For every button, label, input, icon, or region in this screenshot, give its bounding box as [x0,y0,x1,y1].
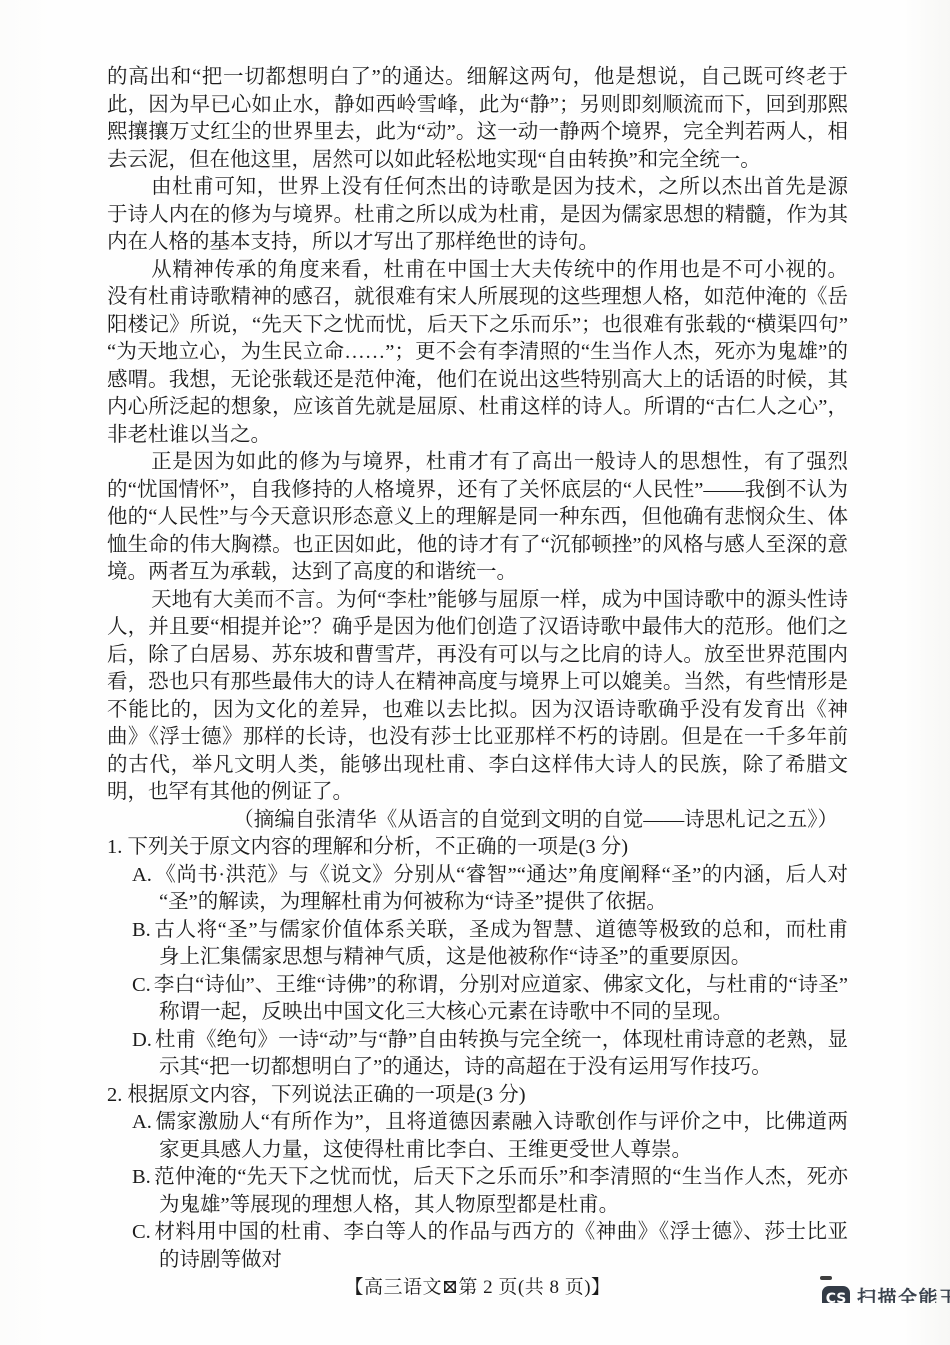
question-1-option-a: A.《尚书·洪范》与《说文》分别从“睿智”“通达”角度阐释“圣”的内涵，后人对“… [107,862,848,917]
passage-paragraph-1: 的高出和“把一切都想明白了”的通达。细解这两句，他是想说，自己既可终老于此，因为… [107,64,848,174]
question-1-stem: 1. 下列关于原文内容的理解和分析，不正确的一项是(3 分) [107,834,848,862]
passage-paragraph-3: 从精神传承的角度来看，杜甫在中国士大夫传统中的作用也是不可小视的。没有杜甫诗歌精… [107,257,848,450]
question-1-option-c: C.李白“诗仙”、王维“诗佛”的称谓，分别对应道家、佛家文化，与杜甫的“诗圣”称… [107,972,848,1027]
question-1-option-d: D.杜甫《绝句》一诗“动”与“静”自由转换与完全统一，体现杜甫诗意的老熟，显示其… [107,1027,848,1082]
question-2: 2. 根据原文内容，下列说法正确的一项是(3 分) A.儒家激励人“有所作为”，… [107,1082,848,1275]
passage-paragraph-5: 天地有大美而不言。为何“李杜”能够与屈原一样，成为中国诗歌中的源头性诗人，并且要… [107,587,848,807]
passage-paragraph-2: 由杜甫可知，世界上没有任何杰出的诗歌是因为技术，之所以杰出首先是源于诗人内在的修… [107,174,848,257]
option-label: B. [132,1166,151,1188]
question-2-option-c: C.材料用中国的杜甫、李白等人的作品与西方的《神曲》《浮士德》、莎士比亚的诗剧等… [107,1219,848,1274]
option-label: C. [132,1221,151,1243]
question-1: 1. 下列关于原文内容的理解和分析，不正确的一项是(3 分) A.《尚书·洪范》… [107,834,848,1082]
option-text: 范仲淹的“先天下之忧而忧，后天下之乐而乐”和李清照的“生当作人杰，死亦为鬼雄”等… [154,1166,848,1216]
option-text: 杜甫《绝句》一诗“动”与“静”自由转换与完全统一，体现杜甫诗意的老熟，显示其“把… [155,1029,848,1079]
scan-artifact-speck [820,1276,832,1280]
option-label: A. [132,1111,152,1133]
passage-attribution: （摘编自张清华《从语言的自觉到文明的自觉——诗思札记之五》） [107,807,848,835]
option-label: B. [132,919,151,941]
question-1-option-b: B.古人将“圣”与儒家价值体系关联，圣成为智慧、道德等极致的总和，而杜甫身上汇集… [107,917,848,972]
passage-paragraph-4: 正是因为如此的修为与境界，杜甫才有了高出一般诗人的思想性，有了强烈的“忧国情怀”… [107,449,848,587]
option-text: 《尚书·洪范》与《说文》分别从“睿智”“通达”角度阐释“圣”的内涵，后人对“圣”… [155,864,848,914]
camscanner-watermark: CS 扫描全能王 ™ [822,1286,950,1303]
option-label: A. [132,864,152,886]
option-text: 李白“诗仙”、王维“诗佛”的称谓，分别对应道家、佛家文化，与杜甫的“诗圣”称谓一… [154,974,848,1024]
camscanner-brand-text: 扫描全能王 [857,1286,950,1303]
exam-page: 的高出和“把一切都想明白了”的通达。细解这两句，他是想说，自己既可终老于此，因为… [0,0,950,1345]
question-2-option-a: A.儒家激励人“有所作为”，且将道德因素融入诗歌创作与评价之中，比佛道两家更具感… [107,1109,848,1164]
camscanner-logo-icon: CS [822,1286,850,1303]
option-text: 材料用中国的杜甫、李白等人的作品与西方的《神曲》《浮士德》、莎士比亚的诗剧等做对 [154,1221,848,1271]
page-footer: 【高三语文⊠第 2 页(共 8 页)】 [107,1274,848,1302]
option-label: C. [132,974,151,996]
passage-and-questions: 的高出和“把一切都想明白了”的通达。细解这两句，他是想说，自己既可终老于此，因为… [107,64,848,1302]
question-2-stem: 2. 根据原文内容，下列说法正确的一项是(3 分) [107,1082,848,1110]
option-label: D. [132,1029,152,1051]
question-2-option-b: B.范仲淹的“先天下之忧而忧，后天下之乐而乐”和李清照的“生当作人杰，死亦为鬼雄… [107,1164,848,1219]
option-text: 古人将“圣”与儒家价值体系关联，圣成为智慧、道德等极致的总和，而杜甫身上汇集儒家… [154,919,848,969]
option-text: 儒家激励人“有所作为”，且将道德因素融入诗歌创作与评价之中，比佛道两家更具感人力… [155,1111,848,1161]
